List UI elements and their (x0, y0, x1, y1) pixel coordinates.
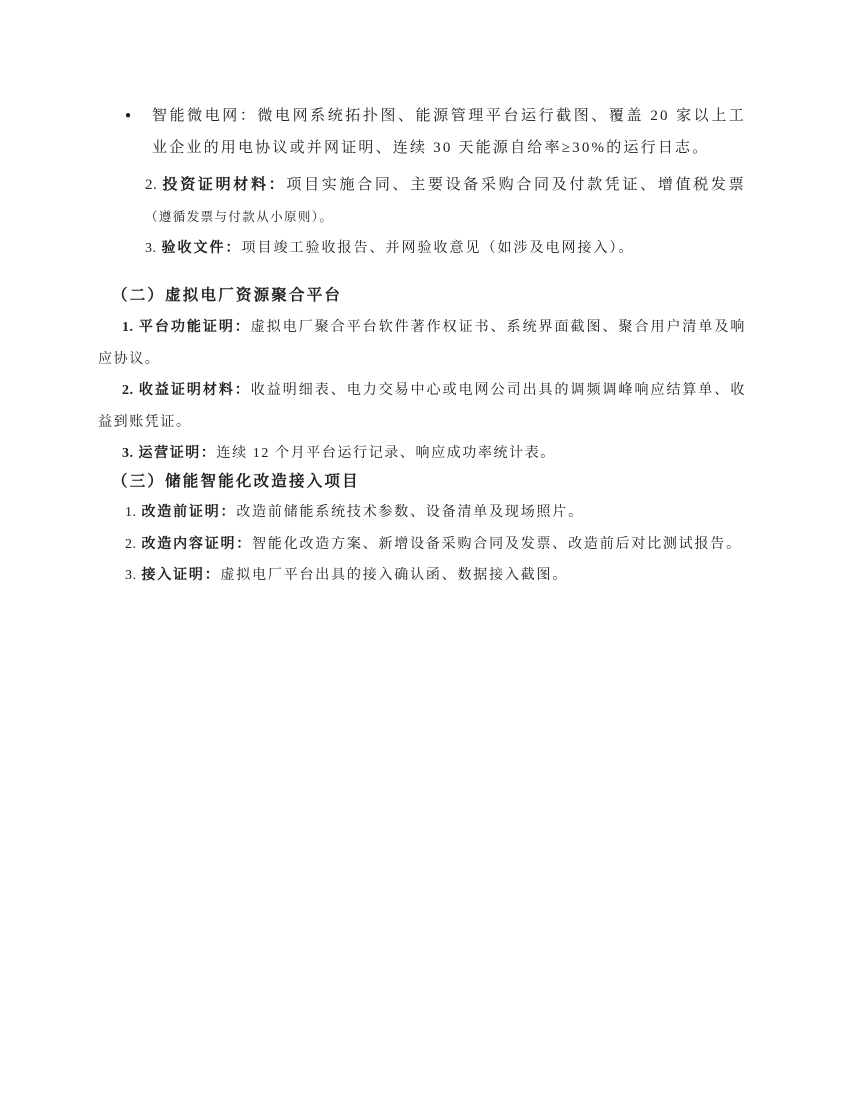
item-label: 接入证明： (142, 568, 221, 583)
item-number: 1. (122, 320, 134, 335)
bullet-icon: ● (125, 100, 152, 164)
numbered-item-platform-function-proof: 1.平台功能证明：虚拟电厂聚合平台软件著作权证书、系统界面截图、聚合用户清单及响… (98, 312, 746, 375)
item-label: 运营证明： (139, 446, 217, 461)
item-number: 2. (145, 177, 157, 193)
bullet-item-text: 智能微电网：微电网系统拓扑图、能源管理平台运行截图、覆盖 20 家以上工业企业的… (152, 100, 746, 164)
item-number: 3. (122, 446, 134, 461)
item-label: 改造内容证明： (142, 537, 253, 552)
numbered-item-pre-retrofit-proof: 1.改造前证明：改造前储能系统技术参数、设备清单及现场照片。 (98, 497, 746, 529)
item-body: 改造前储能系统技术参数、设备清单及现场照片。 (236, 505, 584, 520)
numbered-item-retrofit-content-proof: 2.改造内容证明：智能化改造方案、新增设备采购合同及发票、改造前后对比测试报告。 (98, 529, 746, 561)
item-label: 收益证明材料： (139, 383, 251, 398)
numbered-item-acceptance-docs: 3.验收文件：项目竣工验收报告、并网验收意见（如涉及电网接入）。 (145, 233, 746, 265)
section-heading-virtual-power-plant: （二）虚拟电厂资源聚合平台 (112, 280, 746, 312)
numbered-item-access-proof: 3.接入证明：虚拟电厂平台出具的接入确认函、数据接入截图。 (98, 560, 746, 592)
numbered-item-revenue-proof: 2.收益证明材料：收益明细表、电力交易中心或电网公司出具的调频调峰响应结算单、收… (98, 375, 746, 438)
section-heading-storage-retrofit: （三）储能智能化改造接入项目 (112, 466, 746, 498)
item-label: 改造前证明： (142, 505, 237, 520)
bullet-list-item-smart-microgrid: ● 智能微电网：微电网系统拓扑图、能源管理平台运行截图、覆盖 20 家以上工业企… (125, 100, 746, 164)
item-number: 2. (122, 383, 134, 398)
item-number: 2. (125, 537, 137, 552)
item-body: 虚拟电厂平台出具的接入确认函、数据接入截图。 (221, 568, 569, 583)
item-number: 1. (125, 505, 137, 520)
item-label: 平台功能证明： (139, 320, 251, 335)
numbered-item-investment-proof: 2.投资证明材料：项目实施合同、主要设备采购合同及付款凭证、增值税发票（遵循发票… (145, 169, 746, 233)
item-body: 项目实施合同、主要设备采购合同及付款凭证、增值税发票 (286, 177, 746, 193)
item-note: （遵循发票与付款从小原则）。 (145, 210, 333, 224)
item-label: 验收文件： (162, 241, 242, 256)
item-number: 3. (145, 241, 157, 256)
document-page: ● 智能微电网：微电网系统拓扑图、能源管理平台运行截图、覆盖 20 家以上工业企… (0, 0, 850, 592)
item-label: 投资证明材料： (162, 177, 286, 193)
item-number: 3. (125, 568, 137, 583)
item-body: 项目竣工验收报告、并网验收意见（如涉及电网接入）。 (242, 241, 635, 256)
item-body: 智能化改造方案、新增设备采购合同及发票、改造前后对比测试报告。 (252, 537, 742, 552)
item-body: 连续 12 个月平台运行记录、响应成功率统计表。 (217, 446, 556, 461)
